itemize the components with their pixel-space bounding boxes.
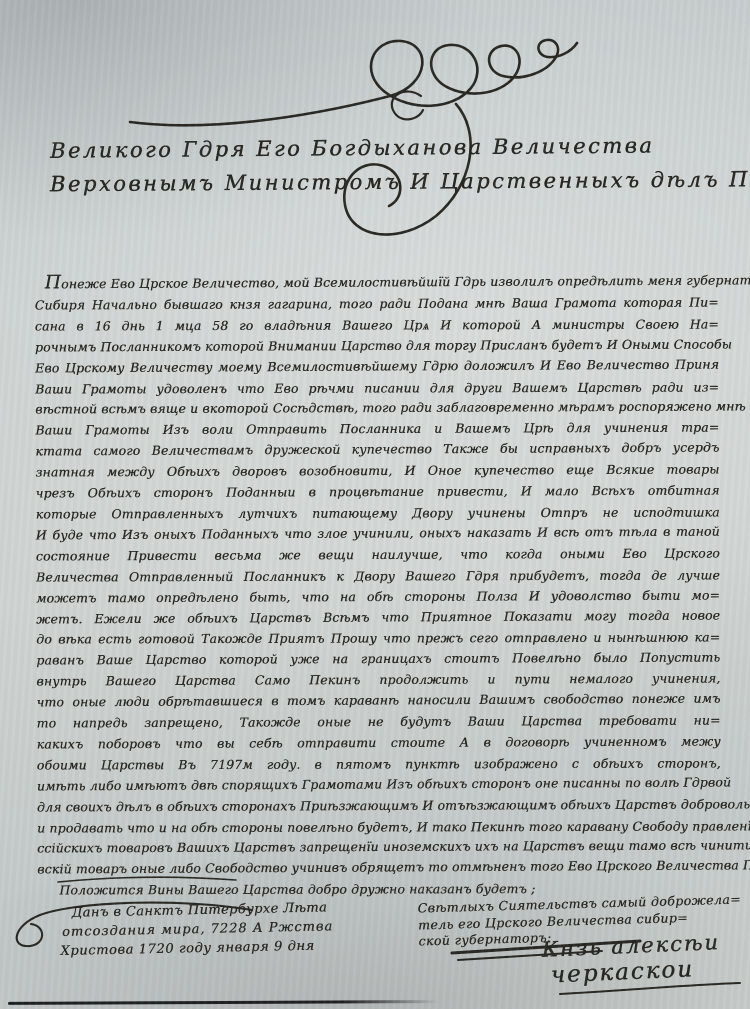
manuscript-line: для своихъ дѣлъ в обѣихъ сторонахъ Приѣз… — [37, 794, 721, 818]
manuscript-line: Понеже Ево Црское Величество, мой Всемил… — [35, 270, 719, 296]
manuscript-line: вскій товаръ оные либо Свободство учинив… — [37, 856, 721, 881]
manuscript-line: И буде что Изъ оныхъ Поданныхъ что злое … — [36, 521, 720, 546]
manuscript-line: знатная между Обѣихъ дворовъ возобновити… — [35, 460, 719, 484]
manuscript-line: сана в 16 днь 1 мца 58 го владѣния Вашег… — [35, 314, 719, 337]
manuscript-line: чрезъ Обѣихъ сторонъ Поданныи в процвѣта… — [36, 481, 720, 505]
manuscript-line: то напредь запрещено, Такожде оные не бу… — [37, 711, 721, 735]
manuscript-line: что оные люди обрѣтавшиеся в томъ карава… — [36, 689, 720, 714]
manuscript-body: Понеже Ево Црское Величество, мой Всемил… — [35, 271, 722, 902]
date-block: Данъ в Санктъ Питербурхе Лѣта отсоздания… — [71, 898, 333, 960]
manuscript-line: и продавать что и на обѣ стороны повелѣн… — [37, 816, 721, 839]
manuscript-line: Ево Црскому Величеству моему Всемилостив… — [35, 354, 719, 379]
manuscript-line: имѣть либо имѣютъ двѣ спорящихъ Грамотам… — [37, 772, 721, 797]
manuscript-photo: Великого Гдря Его Богдыханова Величества… — [0, 0, 750, 1009]
manuscript-line: до вѣка есть готовой Такожде Приятъ Прош… — [36, 628, 720, 651]
photo-bottom-edge-line — [8, 1000, 438, 1004]
manuscript-line: Ваши Грамоты удоволенъ что Ево рѣчми пис… — [35, 377, 719, 400]
manuscript-line: состояние Привести весьма же вещи наилуч… — [36, 543, 720, 567]
header-line-2: Верховнымъ Министромъ И Царственныхъ дѣл… — [50, 168, 670, 196]
manuscript-line: ктата самого Величествамъ дружеской купе… — [35, 438, 719, 463]
manuscript-line: Сибиря Начально бывшаго кнзя гагарина, т… — [35, 292, 719, 316]
manuscript-line: вѣстной всѣмъ вяще и вкоторой Сосѣдствѣ,… — [35, 397, 719, 421]
manuscript-line: Величества Отправленный Посланникъ к Дво… — [36, 565, 720, 588]
manuscript-line: жетъ. Ежели же обѣихъ Царствъ Всѣмъ что … — [36, 605, 720, 630]
manuscript-line: раванъ Ваше Царство которой уже на грани… — [36, 648, 720, 672]
header-line-1: Великого Гдря Его Богдыханова Величества — [50, 133, 670, 162]
governor-signature: Кнзь алексѣи черкаскои — [541, 929, 721, 989]
manuscript-line: какихъ поборовъ что вы себѣ отправити ст… — [37, 731, 721, 755]
